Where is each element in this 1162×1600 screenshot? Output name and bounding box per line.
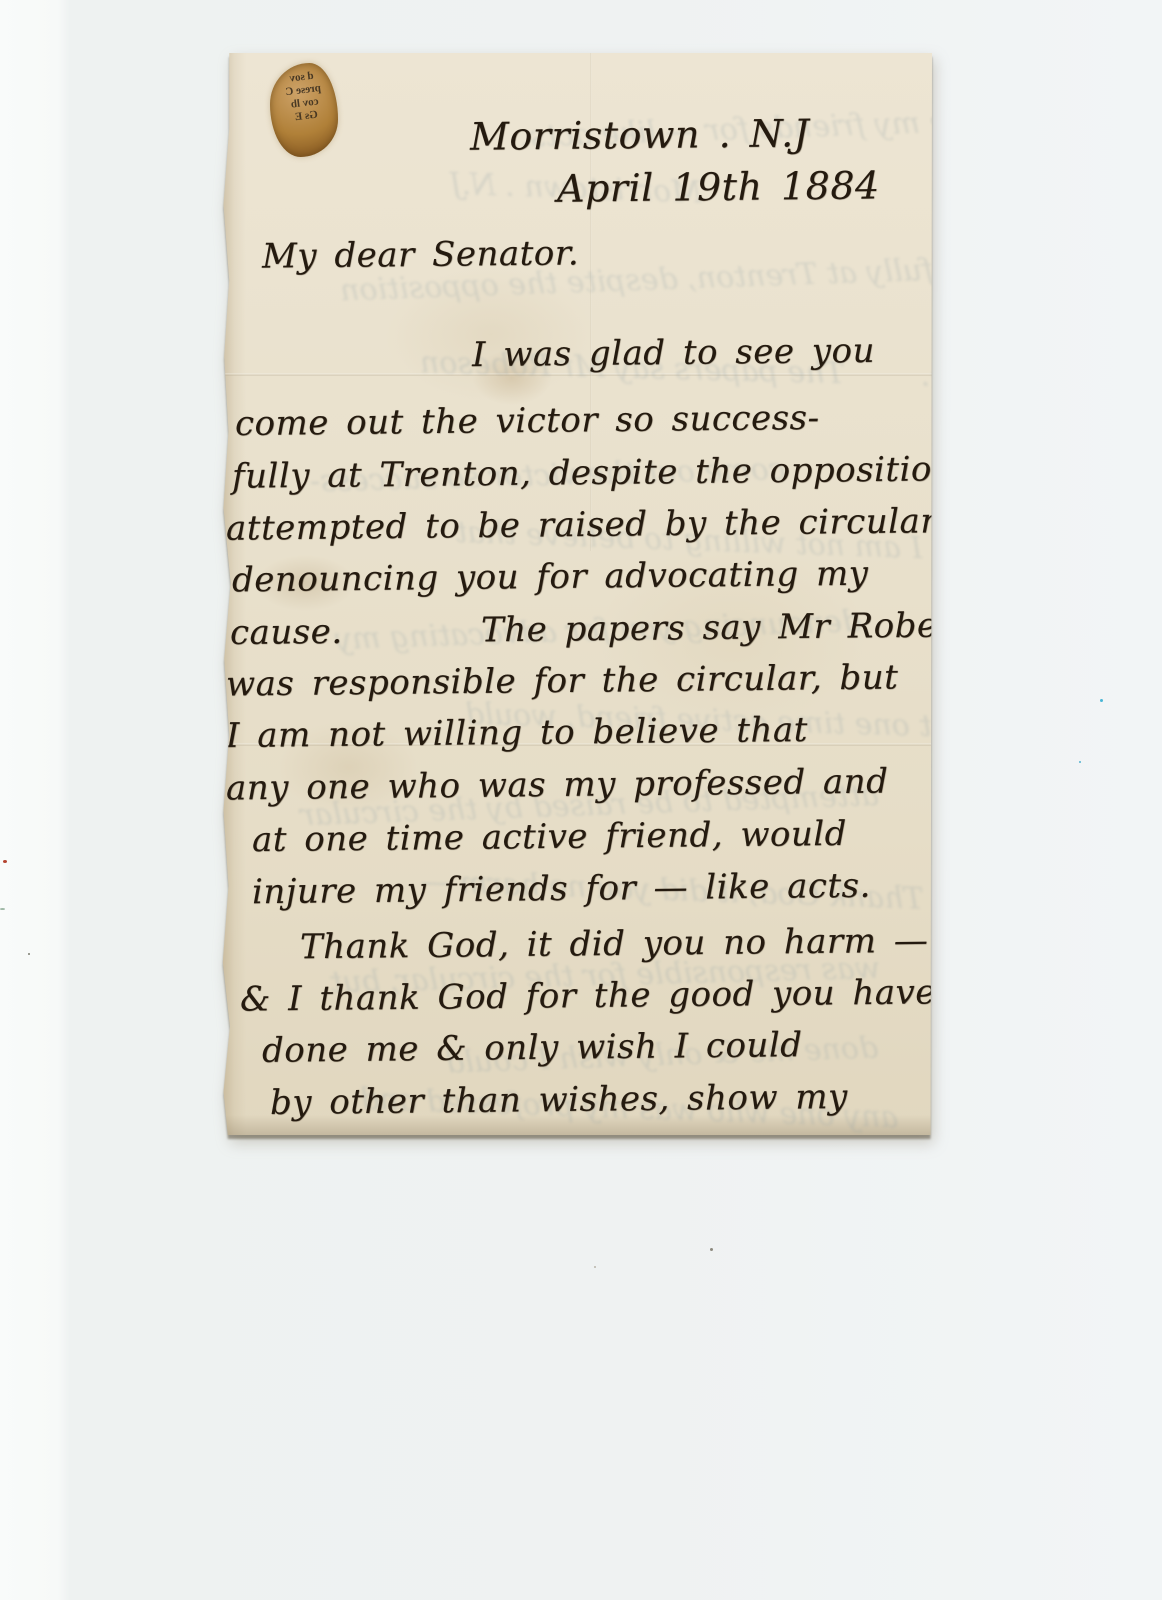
dust-speck xyxy=(710,1248,713,1251)
letter-salutation: My dear Senator. xyxy=(262,230,580,279)
letter-body-line: I was glad to see you xyxy=(472,328,875,378)
letter-body-line: denouncing you for advocating my xyxy=(232,551,869,604)
blue-dust-speck xyxy=(1079,761,1081,763)
letter-body-line: at one time active friend, would xyxy=(252,811,847,863)
letter-body-line: cause. The papers say Mr Robeson xyxy=(230,602,999,656)
scanner-background: d sov prese C cov lb Gs E injure my frie… xyxy=(0,0,1162,1600)
letter-body-line: fully at Trenton, despite the opposition xyxy=(232,446,955,500)
blue-dust-speck xyxy=(1100,699,1103,702)
letter-body-line: any one who was my professed and xyxy=(226,759,889,812)
letter-body-line: injure my friends for — like acts. xyxy=(252,863,871,915)
letter-body-line: by other than wishes, show my xyxy=(270,1074,848,1126)
handwritten-letter-text: Morristown . N.J April 19th 1884 My dear… xyxy=(220,53,932,1135)
letter-body-line: & I thank God for the good you have xyxy=(240,969,936,1022)
letter-place: Morristown . N.J xyxy=(470,110,810,160)
letter-paper: d sov prese C cov lb Gs E injure my frie… xyxy=(220,53,932,1135)
letter-body-line: was responsible for the circular, but xyxy=(226,654,899,707)
letter-body-line: attempted to be raised by the circular xyxy=(226,498,937,551)
red-dust-speck xyxy=(3,860,7,863)
letter-page: d sov prese C cov lb Gs E injure my frie… xyxy=(220,53,932,1135)
dust-speck xyxy=(28,953,30,955)
letter-body-line: I am not willing to believe that xyxy=(226,707,808,759)
dust-speck xyxy=(594,1266,596,1268)
letter-body-line: come out the victor so success- xyxy=(235,395,820,447)
letter-body-line: Thank God, it did you no harm — xyxy=(300,918,929,971)
letter-body-line: done me & only wish I could xyxy=(262,1022,803,1074)
letter-date: April 19th 1884 xyxy=(557,162,880,211)
green-dust-speck xyxy=(0,908,5,910)
